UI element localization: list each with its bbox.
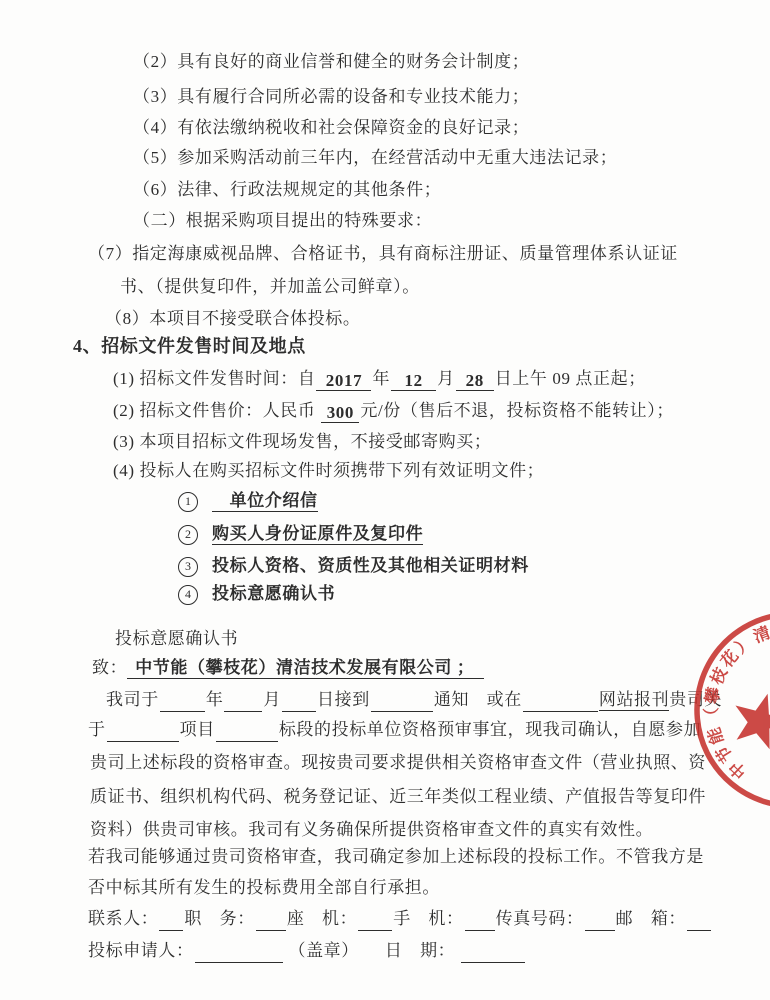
clause-7-line1: （7）指定海康威视品牌、合格证书，具有商标注册证、质量管理体系认证证 xyxy=(88,242,678,266)
circled-number-4: 4 xyxy=(178,585,198,605)
p1-r2: 年 xyxy=(206,690,224,709)
p1-r6: 贵司关 xyxy=(669,690,722,709)
blank-month xyxy=(224,692,262,712)
sale-line3: (3) 本项目招标文件现场发售，不接受邮寄购买； xyxy=(113,430,491,454)
price-line: (2) 招标文件售价：人民币 300元/份（售后不退，投标资格不能转让）； xyxy=(113,399,674,423)
circled-number-2: 2 xyxy=(178,525,198,545)
doc-item-1-label: 单位介绍信 xyxy=(212,491,318,512)
clause-8: （8）本项目不接受联合体投标。 xyxy=(105,307,361,331)
clause-5: （5）参加采购活动前三年内，在经营活动中无重大违法记录； xyxy=(133,146,617,170)
sale-line4: (4) 投标人在购买招标文件时须携带下列有效证明文件； xyxy=(113,459,544,483)
letter-line-4: 质证书、组织机构代码、税务登记证、近三年类似工程业绩、产值报告等复印件 xyxy=(90,785,706,809)
doc-item-4: 4投标意愿确认书 xyxy=(178,582,335,606)
blank-section xyxy=(216,722,278,742)
date-blank xyxy=(461,943,525,963)
letter-line-1: 我司于年月日接到通知 或在网站报刊贵司关 xyxy=(106,688,722,712)
doc-item-2-label: 购买人身份证原件及复印件 xyxy=(212,524,423,545)
contact-name-label: 联系人： xyxy=(88,909,158,928)
contact-line: 联系人：职 务：座 机：手 机：传真号码：邮 箱： xyxy=(88,907,712,931)
year-label: 年 xyxy=(372,369,390,388)
addressee-company: 中节能（攀枝花）清洁技术发展有限公司 ； xyxy=(127,658,484,679)
website-text: 网站报刊 xyxy=(599,690,669,711)
blank-year xyxy=(160,692,205,712)
sale-time-line: (1) 招标文件发售时间：自2017年12月28日上午 09 点正起； xyxy=(113,367,646,391)
day-blank: 28 xyxy=(456,371,494,391)
contact-landline-label: 座 机： xyxy=(287,909,357,928)
blank-website xyxy=(523,692,598,712)
letter-line-3: 贵司上述标段的资格审查。现按贵司要求提供相关资格审查文件（营业执照、资 xyxy=(90,751,706,775)
p1-r4: 日接到 xyxy=(317,690,370,709)
letter-line-2: 于项目标段的投标单位资格预审事宜，现我司确认，自愿参加 xyxy=(88,718,701,742)
p2-r3: 标段的投标单位资格预审事宜，现我司确认，自愿参加 xyxy=(279,720,701,739)
letter-line-5: 资料）供贵司审核。我司有义务确保所提供资格审查文件的真实有效性。 xyxy=(90,818,653,842)
circled-number-3: 3 xyxy=(178,557,198,577)
letter-line-7: 否中标其所有发生的投标费用全部自行承担。 xyxy=(88,876,440,900)
contact-landline-blank xyxy=(358,911,392,931)
clause-6: （6）法律、行政法规规定的其他条件； xyxy=(133,178,441,202)
contact-email-label: 邮 箱： xyxy=(616,909,686,928)
special-requirements-heading: （二）根据采购项目提出的特殊要求： xyxy=(133,209,432,233)
month-blank: 12 xyxy=(391,371,436,391)
clause-3: （3）具有履行合同所必需的设备和专业技术能力； xyxy=(133,85,529,109)
p2-r1: 于 xyxy=(88,720,106,739)
clause-7-line2: 书、（提供复印件，并加盖公司鲜章）。 xyxy=(120,275,420,299)
clause-4: （4）有依法缴纳税收和社会保障资金的良好记录； xyxy=(133,116,529,140)
contact-mobile-label: 手 机： xyxy=(393,909,463,928)
applicant-blank xyxy=(195,943,283,963)
doc-item-3: 3投标人资格、资质性及其他相关证明材料 xyxy=(178,554,529,578)
doc-item-2: 2购买人身份证原件及复印件 xyxy=(178,522,423,546)
price-pre: (2) 招标文件售价：人民币 xyxy=(113,401,315,420)
contact-email-blank xyxy=(687,911,711,931)
p2-r2: 项目 xyxy=(180,720,215,739)
price-blank: 300 xyxy=(321,403,359,423)
confirm-title: 投标意愿确认书 xyxy=(115,627,238,651)
doc-item-4-label: 投标意愿确认书 xyxy=(212,584,335,603)
applicant-label: 投标申请人： xyxy=(88,941,194,960)
contact-fax-label: 传真号码： xyxy=(496,909,584,928)
doc-item-3-label: 投标人资格、资质性及其他相关证明材料 xyxy=(212,556,529,575)
sale-time-pre: (1) 招标文件发售时间：自 xyxy=(113,369,315,388)
p1-r3: 月 xyxy=(263,690,281,709)
contact-title-label: 职 务： xyxy=(184,909,254,928)
price-post: 元/份（售后不退，投标资格不能转让）； xyxy=(360,401,674,420)
month-label: 月 xyxy=(437,369,455,388)
contact-title-blank xyxy=(256,911,286,931)
blank-day xyxy=(282,692,316,712)
seal-note: （盖章） xyxy=(288,941,358,960)
document-page: （2）具有良好的商业信誉和健全的财务会计制度； （3）具有履行合同所必需的设备和… xyxy=(0,0,770,1000)
seal-star-icon xyxy=(735,693,770,749)
contact-fax-blank xyxy=(585,911,615,931)
p1-r1: 我司于 xyxy=(106,690,159,709)
blank-notice xyxy=(371,692,433,712)
contact-name-blank xyxy=(159,911,183,931)
letter-line-6: 若我司能够通过贵司资格审查，我司确定参加上述标段的投标工作。不管我方是 xyxy=(88,845,704,869)
doc-item-1: 1 单位介绍信 xyxy=(178,489,318,513)
blank-project xyxy=(107,722,179,742)
clause-2: （2）具有良好的商业信誉和健全的财务会计制度； xyxy=(133,50,529,74)
section4-title: 4、招标文件发售时间及地点 xyxy=(73,334,306,358)
year-blank: 2017 xyxy=(316,371,371,391)
contact-mobile-blank xyxy=(465,911,495,931)
date-label: 日 期： xyxy=(385,941,455,960)
p1-r5: 通知 或在 xyxy=(434,690,522,709)
footer-line: 投标申请人： （盖章）日 期： xyxy=(88,939,526,963)
addressee-line: 致：中节能（攀枝花）清洁技术发展有限公司 ； xyxy=(92,656,484,680)
circled-number-1: 1 xyxy=(178,492,198,512)
sale-time-post: 日上午 09 点正起； xyxy=(495,369,646,388)
addressee-label: 致： xyxy=(92,658,127,677)
